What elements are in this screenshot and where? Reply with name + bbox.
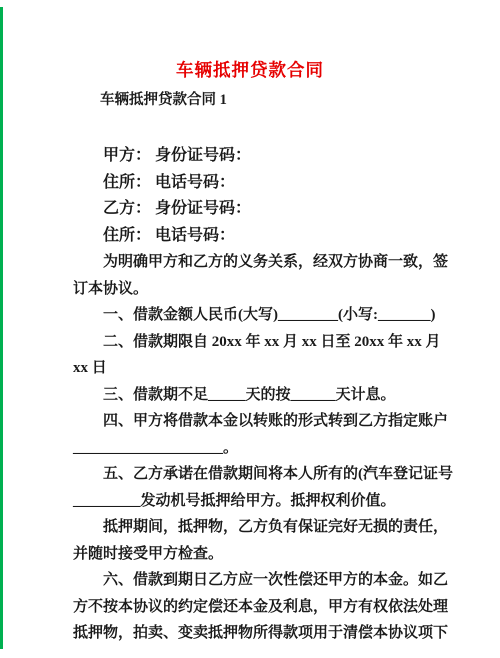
- document-line: 三、借款期不足_____天的按______天计息。: [73, 382, 455, 409]
- left-accent-bar: [0, 7, 3, 649]
- document-line: 五、乙方承诺在借款期间将本人所有的(汽车登记证号: [73, 461, 455, 488]
- document-line: 乙方： 身份证号码：: [73, 196, 455, 223]
- document-line: 四、甲方将借款本金以转账的形式转到乙方指定账户: [73, 408, 455, 435]
- document-line: 住所： 电话号码：: [73, 170, 455, 197]
- document-line: 二、借款期限自 20xx 年 xx 月 xx 日至 20xx 年 xx 月: [73, 329, 455, 356]
- document-line: 住所： 电话号码：: [73, 223, 455, 250]
- document-line: 并随时接受甲方检查。: [73, 541, 455, 568]
- document-line: _________发动机号抵押给甲方。抵押权利价值。: [73, 488, 455, 515]
- document-line: xx 日: [73, 355, 455, 382]
- document-line: 方不按本协议的约定偿还本金及利息，甲方有权依法处理: [73, 594, 455, 621]
- document-line: 抵押物，拍卖、变卖抵押物所得款项用于清偿本协议项下: [73, 620, 455, 647]
- document-subtitle: 车辆抵押贷款合同 1: [100, 91, 227, 109]
- document-line: 为明确甲方和乙方的义务关系，经双方协商一致，签: [73, 249, 455, 276]
- document-line: 六、借款到期日乙方应一次性偿还甲方的本金。如乙: [73, 567, 455, 594]
- document-line: 一、借款金额人民币(大写)________(小写:_______): [73, 302, 455, 329]
- document-line: 甲方： 身份证号码：: [73, 143, 455, 170]
- page-title: 车辆抵押贷款合同: [0, 60, 500, 80]
- document-line: ____________________。: [73, 435, 455, 462]
- document-line: 抵押期间，抵押物，乙方负有保证完好无损的责任，: [73, 514, 455, 541]
- document-line: 订本协议。: [73, 276, 455, 303]
- contract-document-page: 车辆抵押贷款合同 车辆抵押贷款合同 1 甲方： 身份证号码：住所： 电话号码：乙…: [0, 0, 500, 658]
- document-body: 甲方： 身份证号码：住所： 电话号码：乙方： 身份证号码：住所： 电话号码：为明…: [73, 143, 455, 647]
